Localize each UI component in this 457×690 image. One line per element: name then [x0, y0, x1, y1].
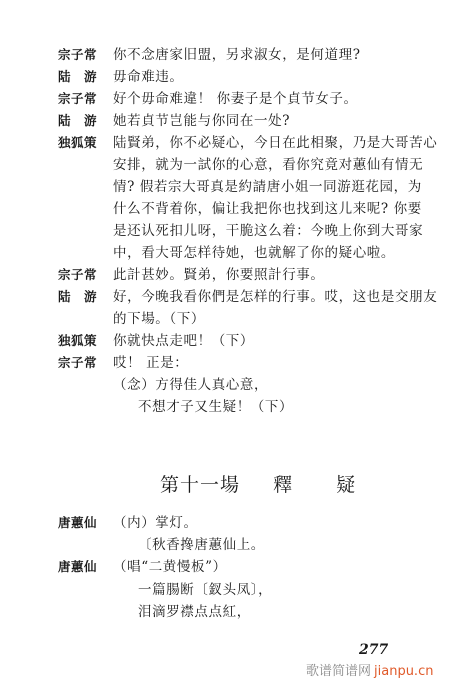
dialogue-text: 是还认死扣儿呀，干脆这么着：今晚上你到大哥家	[113, 220, 423, 242]
dialogue-text: 中，看大哥怎样待她，也就解了你的疑心啦。	[113, 242, 395, 264]
book-page: 宗子常 你不念唐家旧盟，另求淑女，是何道理? 陆 游 毋命难违。 宗子常 好个毋…	[0, 0, 457, 690]
scene-heading: 第十一場 釋 疑	[160, 470, 356, 497]
stage-direction-text: 〔秋香搀唐蕙仙上。	[138, 534, 265, 556]
speaker-name: 宗子常	[58, 44, 110, 66]
speaker-name: 唐蕙仙	[58, 512, 110, 534]
dialogue-text: 你就快点走吧！（下）	[113, 330, 254, 352]
dialogue-text: 安排，就为一試你的心意，看你究竟对蕙仙有情无	[113, 154, 423, 176]
dialogue-text: （内）掌灯。	[113, 512, 198, 534]
dialogue-text: 好，今晚我看你們是怎样的行事。哎，这也是交朋友	[113, 286, 437, 308]
dialogue-text: 哎！ 正是：	[113, 352, 188, 374]
speaker-name: 宗子常	[58, 88, 110, 110]
speaker-name: 宗子常	[58, 264, 110, 286]
speaker-name: 独狐策	[58, 132, 110, 154]
watermark-site-name: 歌谱简谱网	[306, 664, 371, 679]
page-number: 277	[359, 642, 388, 658]
watermark-url: jianpu.cn	[374, 664, 433, 679]
dialogue-text: 的下場。（下）	[113, 308, 205, 330]
dialogue-text: 毋命难违。	[113, 66, 184, 88]
dialogue-text: 此計甚妙。賢弟，你要照計行事。	[113, 264, 325, 286]
verse-text: （念）方得佳人真心意，	[113, 374, 268, 396]
verse-text: 一篇腸断〔釵头凤〕，	[138, 579, 272, 601]
speaker-name: 陆 游	[58, 286, 110, 308]
watermark: 歌谱简谱网jianpu.cn	[306, 660, 433, 679]
scene-title-char: 釋	[273, 470, 293, 497]
dialogue-text: （唱“二黄慢板”）	[113, 556, 227, 578]
dialogue-text: 你不念唐家旧盟，另求淑女，是何道理?	[113, 44, 361, 66]
dialogue-text: 陆賢弟，你不必疑心，今日在此相聚，乃是大哥苦心	[113, 132, 437, 154]
speaker-name: 陆 游	[58, 66, 110, 88]
verse-text: 不想才子又生疑！（下）	[138, 396, 293, 418]
dialogue-text: 什么不背着你，偏让我把你也找到这儿来呢? 你要	[113, 198, 422, 220]
verse-text: 泪滴罗襟点点紅，	[138, 601, 251, 623]
speaker-name: 独狐策	[58, 330, 110, 352]
scene-title-char: 疑	[336, 470, 356, 497]
speaker-name: 唐蕙仙	[58, 556, 110, 578]
speaker-name: 宗子常	[58, 352, 110, 374]
dialogue-text: 情? 假若宗大哥真是約請唐小姐一同游逛花园，为	[113, 176, 422, 198]
dialogue-text: 好个毋命难違！ 你妻子是个貞节女子。	[113, 88, 358, 110]
scene-number: 第十一場	[160, 470, 240, 497]
speaker-name: 陆 游	[58, 110, 110, 132]
dialogue-text: 她若貞节岂能与你同在一处?	[113, 110, 290, 132]
